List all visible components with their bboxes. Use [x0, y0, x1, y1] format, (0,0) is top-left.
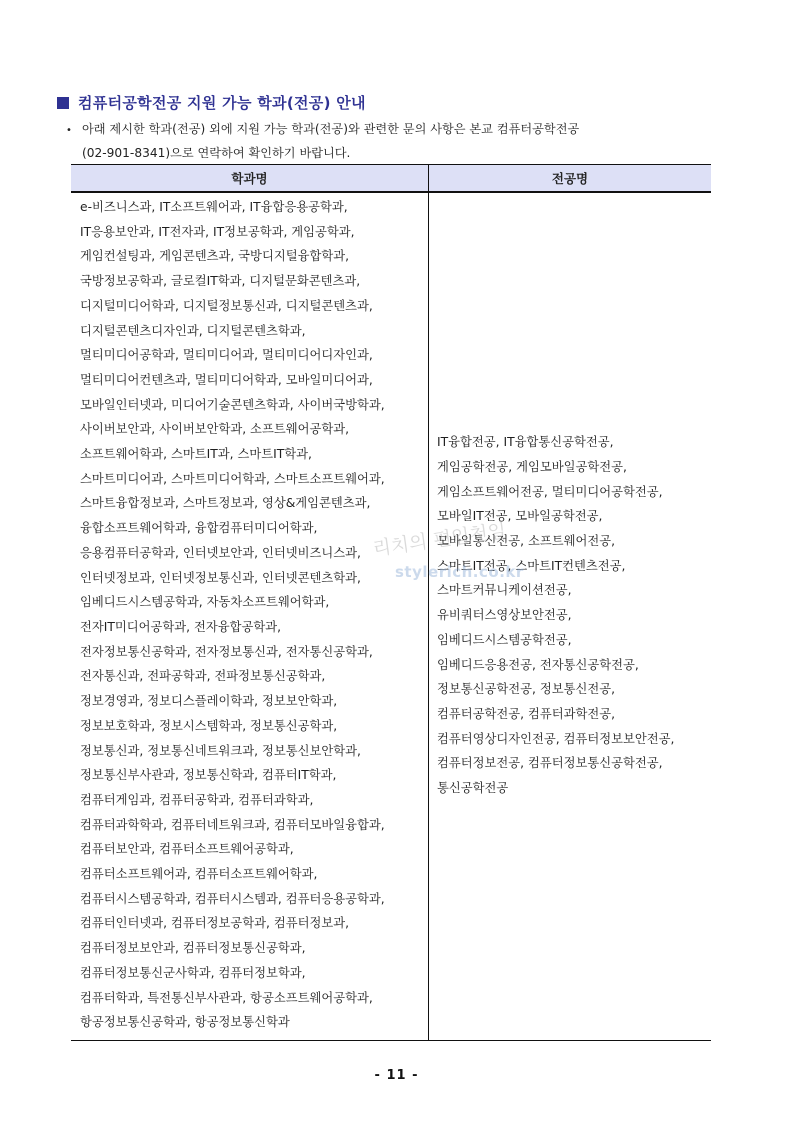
department-line: 컴퓨터과학학과, 컴퓨터네트워크과, 컴퓨터모바일융합과,: [80, 813, 428, 838]
note-text-1: 아래 제시한 학과(전공) 외에 지원 가능 학과(전공)와 관련한 문의 사항…: [82, 122, 579, 136]
department-line: 스마트융합정보과, 스마트정보과, 영상&게임콘텐츠과,: [80, 491, 428, 516]
major-line: 컴퓨터공학전공, 컴퓨터과학전공,: [437, 702, 711, 727]
department-line: 컴퓨터인터넷과, 컴퓨터정보공학과, 컴퓨터정보과,: [80, 911, 428, 936]
major-line: 임베디드응용전공, 전자통신공학전공,: [437, 653, 711, 678]
department-line: e-비즈니스과, IT소프트웨어과, IT융합응용공학과,: [80, 195, 428, 220]
major-line: 모바일IT전공, 모바일공학전공,: [437, 504, 711, 529]
major-line: 모바일통신전공, 소프트웨어전공,: [437, 529, 711, 554]
department-line: 컴퓨터정보보안과, 컴퓨터정보통신공학과,: [80, 936, 428, 961]
major-line: 유비쿼터스영상보안전공,: [437, 603, 711, 628]
department-list: e-비즈니스과, IT소프트웨어과, IT융합응용공학과,IT응용보안과, IT…: [80, 195, 428, 1035]
header-major: 전공명: [429, 165, 712, 193]
department-line: 컴퓨터정보통신군사학과, 컴퓨터정보학과,: [80, 961, 428, 986]
major-line: 통신공학전공: [437, 776, 711, 801]
note-line-1: •아래 제시한 학과(전공) 외에 지원 가능 학과(전공)와 관련한 문의 사…: [66, 118, 726, 142]
department-line: 디지털콘텐츠디자인과, 디지털콘텐츠학과,: [80, 319, 428, 344]
eligible-departments-table: 학과명 전공명 e-비즈니스과, IT소프트웨어과, IT융합응용공학과,IT응…: [71, 164, 711, 1041]
major-line: 컴퓨터정보전공, 컴퓨터정보통신공학전공,: [437, 751, 711, 776]
department-line: 스마트미디어과, 스마트미디어학과, 스마트소프트웨어과,: [80, 467, 428, 492]
department-line: 국방정보공학과, 글로컬IT학과, 디지털문화콘텐츠과,: [80, 269, 428, 294]
major-list-cell: IT융합전공, IT융합통신공학전공,게임공학전공, 게임모바일공학전공,게임소…: [429, 192, 712, 1041]
page-number: - 11 -: [0, 1068, 793, 1083]
department-line: 정보통신부사관과, 정보통신학과, 컴퓨터IT학과,: [80, 763, 428, 788]
major-list: IT융합전공, IT융합통신공학전공,게임공학전공, 게임모바일공학전공,게임소…: [437, 430, 711, 801]
department-line: 게임컨설팅과, 게임콘텐츠과, 국방디지털융합학과,: [80, 244, 428, 269]
major-line: 컴퓨터영상디자인전공, 컴퓨터정보보안전공,: [437, 727, 711, 752]
major-line: 게임소프트웨어전공, 멀티미디어공학전공,: [437, 480, 711, 505]
department-line: 멀티미디어공학과, 멀티미디어과, 멀티미디어디자인과,: [80, 343, 428, 368]
section-title: 컴퓨터공학전공 지원 가능 학과(전공) 안내: [57, 92, 366, 113]
major-line: 스마트IT전공, 스마트IT컨텐츠전공,: [437, 554, 711, 579]
contact-note: •아래 제시한 학과(전공) 외에 지원 가능 학과(전공)와 관련한 문의 사…: [66, 118, 726, 164]
major-line: IT융합전공, IT융합통신공학전공,: [437, 430, 711, 455]
department-line: 디지털미디어학과, 디지털정보통신과, 디지털콘텐츠과,: [80, 294, 428, 319]
department-line: 인터넷정보과, 인터넷정보통신과, 인터넷콘텐츠학과,: [80, 566, 428, 591]
department-line: 전자IT미디어공학과, 전자융합공학과,: [80, 615, 428, 640]
department-line: 정보보호학과, 정보시스템학과, 정보통신공학과,: [80, 714, 428, 739]
department-line: 정보경영과, 정보디스플레이학과, 정보보안학과,: [80, 689, 428, 714]
department-line: 모바일인터넷과, 미디어기술콘텐츠학과, 사이버국방학과,: [80, 393, 428, 418]
department-line: 정보통신과, 정보통신네트워크과, 정보통신보안학과,: [80, 739, 428, 764]
department-line: 컴퓨터게임과, 컴퓨터공학과, 컴퓨터과학과,: [80, 788, 428, 813]
department-line: IT응용보안과, IT전자과, IT정보공학과, 게임공학과,: [80, 220, 428, 245]
note-line-2: (02-901-8341)으로 연락하여 확인하기 바랍니다.: [66, 142, 726, 164]
department-line: 전자정보통신공학과, 전자정보통신과, 전자통신공학과,: [80, 640, 428, 665]
header-department: 학과명: [71, 165, 429, 193]
major-line: 정보통신공학전공, 정보통신전공,: [437, 677, 711, 702]
department-list-cell: e-비즈니스과, IT소프트웨어과, IT융합응용공학과,IT응용보안과, IT…: [71, 192, 429, 1041]
department-line: 컴퓨터시스템공학과, 컴퓨터시스템과, 컴퓨터응용공학과,: [80, 887, 428, 912]
department-line: 컴퓨터소프트웨어과, 컴퓨터소프트웨어학과,: [80, 862, 428, 887]
major-line: 스마트커뮤니케이션전공,: [437, 578, 711, 603]
department-line: 응용컴퓨터공학과, 인터넷보안과, 인터넷비즈니스과,: [80, 541, 428, 566]
department-line: 컴퓨터보안과, 컴퓨터소프트웨어공학과,: [80, 837, 428, 862]
department-line: 소프트웨어학과, 스마트IT과, 스마트IT학과,: [80, 442, 428, 467]
major-line: 임베디드시스템공학전공,: [437, 628, 711, 653]
square-bullet-icon: [57, 97, 69, 109]
department-line: 사이버보안과, 사이버보안학과, 소프트웨어공학과,: [80, 417, 428, 442]
major-line: 게임공학전공, 게임모바일공학전공,: [437, 455, 711, 480]
department-line: 임베디드시스템공학과, 자동차소프트웨어학과,: [80, 590, 428, 615]
department-line: 융합소프트웨어학과, 융합컴퓨터미디어학과,: [80, 516, 428, 541]
department-line: 항공정보통신공학과, 항공정보통신학과: [80, 1010, 428, 1035]
table-header-row: 학과명 전공명: [71, 165, 711, 193]
table-row: e-비즈니스과, IT소프트웨어과, IT융합응용공학과,IT응용보안과, IT…: [71, 192, 711, 1041]
section-title-text: 컴퓨터공학전공 지원 가능 학과(전공) 안내: [78, 92, 366, 113]
bullet-icon: •: [66, 120, 82, 142]
department-line: 전자통신과, 전파공학과, 전파정보통신공학과,: [80, 664, 428, 689]
department-line: 컴퓨터학과, 특전통신부사관과, 항공소프트웨어공학과,: [80, 986, 428, 1011]
department-line: 멀티미디어컨텐츠과, 멀티미디어학과, 모바일미디어과,: [80, 368, 428, 393]
